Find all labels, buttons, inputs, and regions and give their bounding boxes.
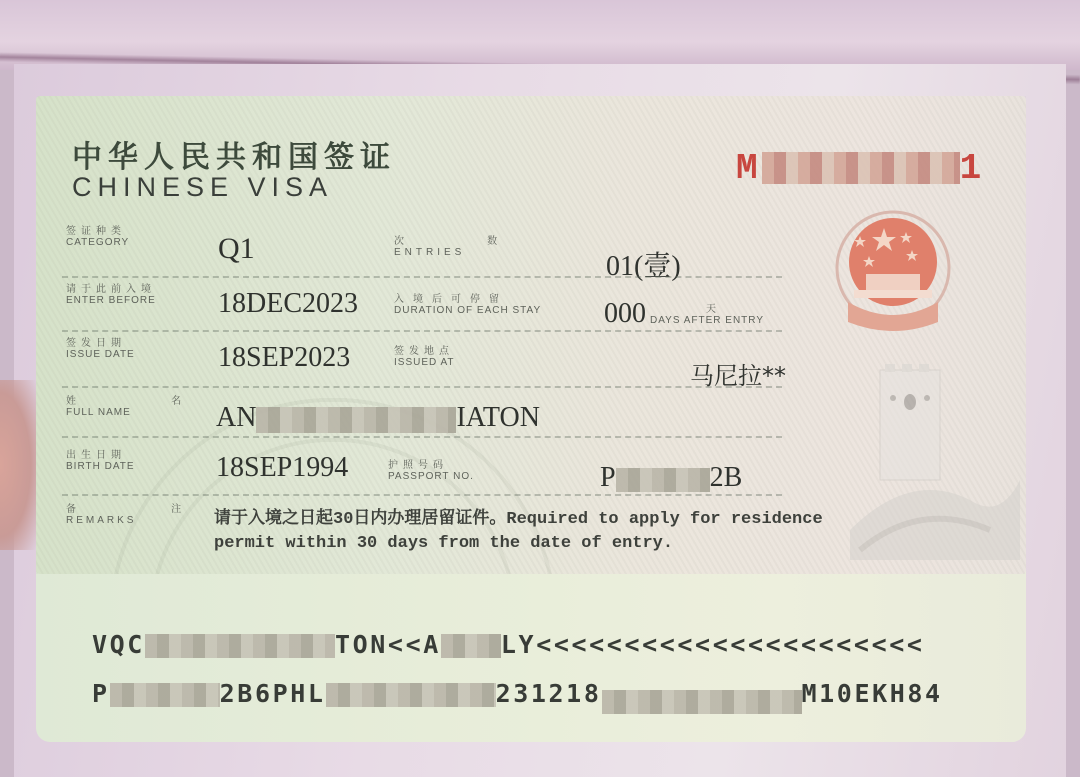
redacted-mrz <box>326 683 496 707</box>
remarks-line-1: 请于入境之日起30日内办理居留证件。Required to apply for … <box>214 508 994 532</box>
redacted-passport-no <box>616 468 710 492</box>
divider <box>62 386 782 388</box>
category-label: 签证种类 CATEGORY <box>66 222 129 248</box>
full-name-suffix: IATON <box>456 402 539 433</box>
passport-no-prefix: P <box>600 462 616 493</box>
divider <box>62 330 782 332</box>
birth-date-label: 出生日期 BIRTH DATE <box>66 446 135 472</box>
full-name-prefix: AN <box>216 402 256 433</box>
remarks-label: 备 注 REMARKS <box>66 500 227 526</box>
remarks-text: 请于入境之日起30日内办理居留证件。Required to apply for … <box>214 508 994 556</box>
mrz-line-2-part-a: P <box>92 679 110 708</box>
mrz-line-2-part-b: 2B6PHL <box>220 679 326 708</box>
duration-label: 入境后可停留 DURATION OF EACH STAY <box>394 290 541 316</box>
visa-number: M1 <box>736 148 985 189</box>
passport-no-label: 护照号码 PASSPORT NO. <box>388 456 474 482</box>
redacted-mrz <box>602 690 802 714</box>
category-value: Q1 <box>218 232 255 266</box>
issue-date-value: 18SEP2023 <box>218 342 350 374</box>
mrz-line-2-part-d: M10EKH84 <box>802 679 943 708</box>
divider <box>62 436 782 438</box>
visa-number-suffix: 1 <box>960 148 986 189</box>
national-emblem-icon <box>834 210 952 340</box>
mrz-line-1: VQCTON<<ALY<<<<<<<<<<<<<<<<<<<<<< <box>92 630 925 659</box>
passport-no-value: P2B <box>600 462 742 494</box>
visa-title-english: CHINESE VISA <box>72 172 333 203</box>
birth-date-value: 18SEP1994 <box>216 452 348 484</box>
duration-unit: 天 DAYS AFTER ENTRY <box>650 300 764 326</box>
visa-title-chinese: 中华人民共和国签证 <box>72 132 396 176</box>
mrz-line-2-part-c: 231218 <box>496 679 602 708</box>
mrz-line-1-part-c: LY<<<<<<<<<<<<<<<<<<<<<< <box>501 630 925 659</box>
redacted-visa-number <box>762 152 960 184</box>
thumb <box>0 380 36 550</box>
full-name-label: 姓 名 FULL NAME <box>66 392 227 418</box>
redacted-mrz <box>110 683 220 707</box>
divider <box>62 494 782 496</box>
remarks-line-2: permit within 30 days from the date of e… <box>214 532 994 556</box>
duration-value: 000 <box>604 298 646 330</box>
divider <box>62 276 782 278</box>
issued-at-label: 签发地点 ISSUED AT <box>394 342 455 368</box>
mrz-line-1-part-b: TON<<A <box>335 630 441 659</box>
enter-before-value: 18DEC2023 <box>218 288 358 320</box>
entries-value: 01(壹) <box>606 244 681 284</box>
visa-number-prefix: M <box>736 148 762 189</box>
entries-label: 次 数 ENTRIES <box>394 232 537 258</box>
passport-no-suffix: 2B <box>710 462 743 493</box>
redacted-mrz <box>441 634 501 658</box>
redacted-name <box>256 407 456 433</box>
full-name-value: ANIATON <box>216 402 540 434</box>
enter-before-label: 请于此前入境 ENTER BEFORE <box>66 280 156 306</box>
redacted-mrz <box>145 634 335 658</box>
issue-date-label: 签发日期 ISSUE DATE <box>66 334 135 360</box>
mrz-line-2: P2B6PHL231218M10EKH84 <box>92 676 943 714</box>
mrz-line-1-part-a: VQC <box>92 630 145 659</box>
